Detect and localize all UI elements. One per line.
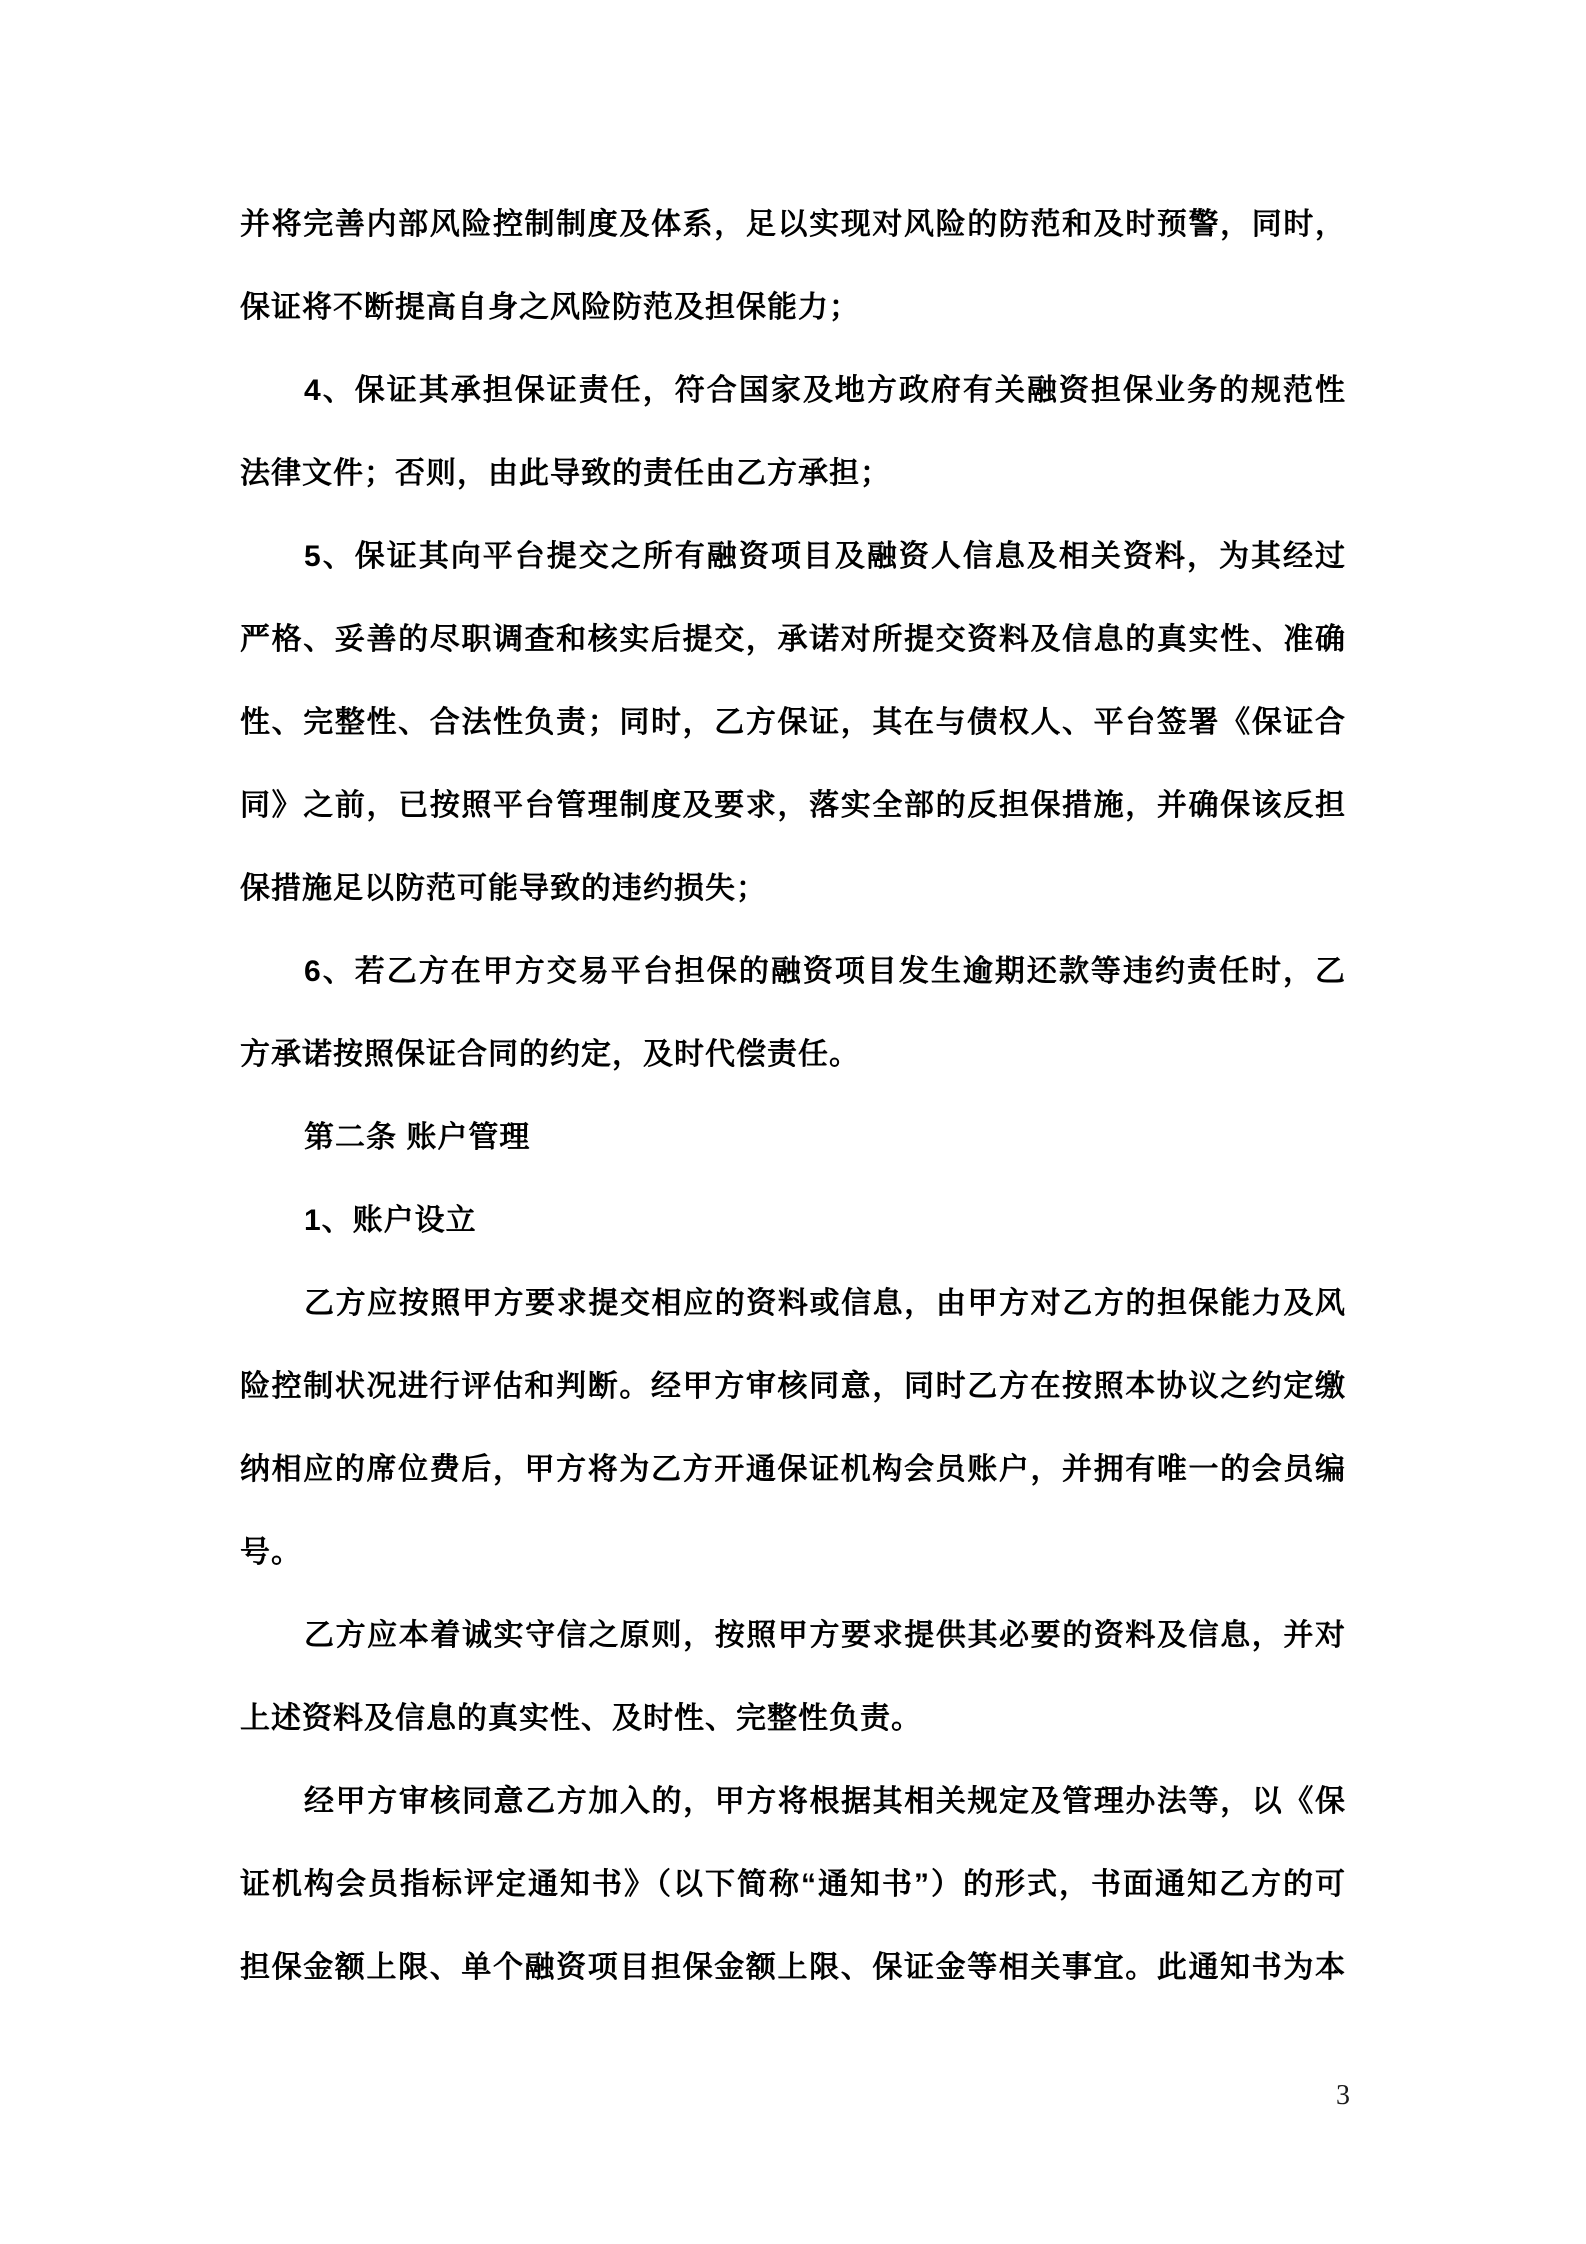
text-block: 并将完善内部风险控制制度及体系，足以实现对风险的防范和及时预警，同时， 保证将不…	[240, 183, 1346, 2009]
page-number: 3	[1336, 2078, 1350, 2114]
text-line: 同》之前，已按照平台管理制度及要求，落实全部的反担保措施，并确保该反担	[240, 764, 1346, 847]
text-line: 6、若乙方在甲方交易平台担保的融资项目发生逾期还款等违约责任时，乙	[240, 930, 1346, 1013]
text-line: 保措施足以防范可能导致的违约损失；	[240, 847, 1346, 930]
text-line: 证机构会员指标评定通知书》（以下简称“通知书”）的形式，书面通知乙方的可	[240, 1843, 1346, 1926]
text-line: 性、完整性、合法性负责；同时，乙方保证，其在与债权人、平台签署《保证合	[240, 681, 1346, 764]
text-line: 严格、妥善的尽职调查和核实后提交，承诺对所提交资料及信息的真实性、准确	[240, 598, 1346, 681]
section-heading: 第二条 账户管理	[240, 1096, 1346, 1179]
document-page: 并将完善内部风险控制制度及体系，足以实现对风险的防范和及时预警，同时， 保证将不…	[0, 0, 1586, 2244]
text-line: 5、保证其向平台提交之所有融资项目及融资人信息及相关资料，为其经过	[240, 515, 1346, 598]
text-line: 担保金额上限、单个融资项目担保金额上限、保证金等相关事宜。此通知书为本	[240, 1926, 1346, 2009]
text-line: 险控制状况进行评估和判断。经甲方审核同意，同时乙方在按照本协议之约定缴	[240, 1345, 1346, 1428]
text-line: 纳相应的席位费后，甲方将为乙方开通保证机构会员账户，并拥有唯一的会员编	[240, 1428, 1346, 1511]
text-line: 上述资料及信息的真实性、及时性、完整性负责。	[240, 1677, 1346, 1760]
text-line: 乙方应本着诚实守信之原则，按照甲方要求提供其必要的资料及信息，并对	[240, 1594, 1346, 1677]
text-line: 法律文件；否则，由此导致的责任由乙方承担；	[240, 432, 1346, 515]
subsection-heading: 1、账户设立	[240, 1179, 1346, 1262]
text-line: 乙方应按照甲方要求提交相应的资料或信息，由甲方对乙方的担保能力及风	[240, 1262, 1346, 1345]
text-line: 号。	[240, 1511, 1346, 1594]
text-line: 4、保证其承担保证责任，符合国家及地方政府有关融资担保业务的规范性	[240, 349, 1346, 432]
text-line: 方承诺按照保证合同的约定，及时代偿责任。	[240, 1013, 1346, 1096]
text-line: 保证将不断提高自身之风险防范及担保能力；	[240, 266, 1346, 349]
text-line: 并将完善内部风险控制制度及体系，足以实现对风险的防范和及时预警，同时，	[240, 183, 1346, 266]
text-line: 经甲方审核同意乙方加入的，甲方将根据其相关规定及管理办法等，以《保	[240, 1760, 1346, 1843]
